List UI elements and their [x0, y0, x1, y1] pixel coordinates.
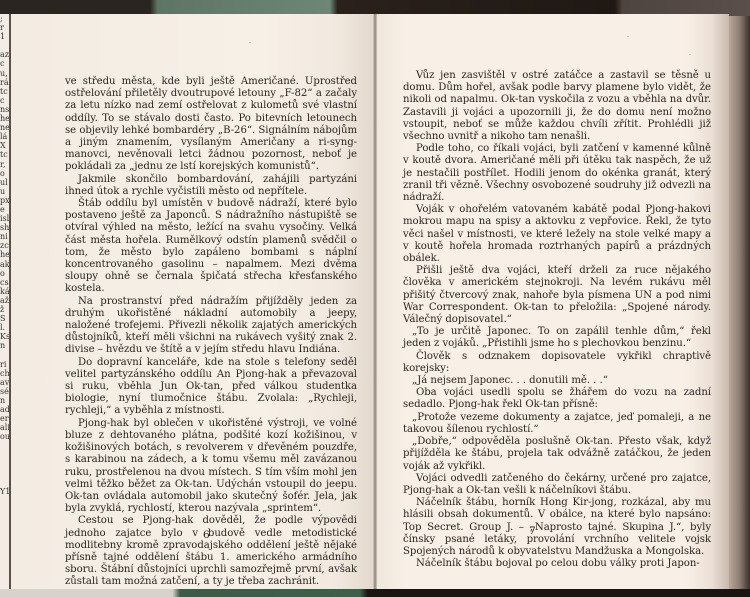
paragraph: Na prostranství před nádražím přijížděly…: [65, 296, 357, 357]
edge-text-fragment: [0, 469, 9, 478]
edge-text-fragment: ká: [0, 287, 9, 296]
edge-text-fragment: o: [0, 169, 9, 178]
previous-page-edge: ; r 1 azcu,rátc cnshene:láXtcr,oulupxeis…: [0, 14, 11, 589]
paragraph: „To je určitě Japonec. To on zapálil ten…: [403, 326, 711, 350]
edge-text-fragment: sh: [0, 223, 9, 232]
edge-text-fragment: ri: [0, 360, 9, 369]
page-number: 7: [529, 525, 536, 537]
paragraph: Oba vojáci usedli spolu se žhářem do voz…: [403, 387, 711, 411]
edge-text-fragment: he: [0, 114, 9, 123]
edge-text-fragment: ali: [0, 423, 9, 432]
edge-text-fragment: u: [0, 187, 9, 196]
edge-text-fragment: az: [0, 50, 9, 59]
edge-text-fragment: [0, 441, 9, 450]
book-cover-bottom-edge: [0, 589, 750, 597]
book-right-edge: [729, 16, 750, 589]
edge-text-fragment: [0, 478, 9, 487]
left-page-text: ve středu města, kde byli ještě Američan…: [65, 76, 357, 589]
paper-speck: [689, 54, 691, 55]
paragraph: Štáb oddílu byl umístěn v budově nádraží…: [65, 198, 357, 296]
edge-text-fragment: [0, 350, 9, 359]
edge-text-fragment: px: [0, 196, 9, 205]
paragraph: Člověk s odznakem dopisovatele vykřikl c…: [403, 351, 711, 375]
edge-text-fragment: tc: [0, 87, 9, 96]
edge-text-fragment: ns: [0, 105, 9, 114]
left-page: ve středu města, kde byli ještě Američan…: [11, 14, 373, 589]
edge-text-fragment: X: [0, 141, 9, 150]
edge-text-fragment: [0, 451, 9, 460]
paragraph: Podle toho, co říkali vojáci, byli zatče…: [403, 143, 711, 204]
edge-text-fragment: až: [0, 296, 9, 305]
edge-text-fragment: ch: [0, 369, 9, 378]
edge-text-fragment: u,: [0, 69, 9, 78]
paragraph: Voják v ohořelém vatovaném kabátě podal …: [403, 204, 711, 265]
paragraph: Cestou se Pjong-hak dověděl, že podle vý…: [65, 515, 357, 588]
edge-text-fragment: ;: [0, 14, 9, 23]
paragraph: ve středu města, kde byli ještě Američan…: [65, 76, 357, 174]
paragraph: Do dopravní kanceláře, kde na stole s te…: [65, 357, 357, 418]
edge-text-fragment: ou: [0, 432, 9, 441]
edge-text-fragment: ž: [0, 305, 9, 314]
edge-text-fragment: Y1: [0, 487, 9, 496]
edge-text-fragment: rá: [0, 78, 9, 87]
paragraph: Vojáci odvedli zatčeného do čekárny, urč…: [403, 473, 711, 497]
edge-text-fragment: [0, 41, 9, 50]
edge-text-fragment: er: [0, 414, 9, 423]
edge-text-fragment: o: [0, 269, 9, 278]
edge-text-fragment: n: [0, 396, 9, 405]
paragraph: „Dobře,“ odpověděla poslušně Ok-tan. Pře…: [403, 436, 711, 473]
edge-text-fragment: ak: [0, 260, 9, 269]
edge-text-fragment: l.: [0, 323, 9, 332]
edge-text-fragment: lá: [0, 132, 9, 141]
right-page-text: Vůz jen zasvištěl v ostré zatáčce a zast…: [403, 70, 711, 570]
paragraph: Náčelník štábu bojoval po celou dobu vál…: [403, 558, 711, 570]
paragraph: Jakmile skončilo bombardování, zahájili …: [65, 174, 357, 198]
paper-speck: [627, 36, 629, 37]
edge-text-fragment: zc: [0, 241, 9, 250]
edge-text-fragment: r,: [0, 160, 9, 169]
edge-text-fragment: ni: [0, 232, 9, 241]
edge-text-fragment: tc: [0, 150, 9, 159]
edge-text-fragment: r: [0, 23, 9, 32]
right-page: Vůz jen zasvištěl v ostré zatáčce a zast…: [377, 14, 729, 589]
edge-text-fragment: Ks: [0, 332, 9, 341]
edge-text-fragment: S: [0, 314, 9, 323]
paragraph: Přišli ještě dva vojáci, kteří drželi za…: [403, 265, 711, 326]
edge-text-fragment: n: [0, 341, 9, 350]
paragraph: Náčelník štábu, horník Hong Kir-jong, ro…: [403, 497, 711, 558]
paragraph: Pjong-hak byl oblečen v ukořistěné výstr…: [65, 418, 357, 516]
edge-text-fragment: ne:: [0, 123, 9, 132]
edge-text-fragment: [0, 460, 9, 469]
edge-text-fragment: ad: [0, 405, 9, 414]
edge-text-fragment: he: [0, 250, 9, 259]
paragraph: „Protože vezeme dokumenty a zajatce, jeď…: [403, 412, 711, 436]
edge-text-fragment: av: [0, 378, 9, 387]
edge-text-fragment: ul: [0, 178, 9, 187]
paragraph: Vůz jen zasvištěl v ostré zatáčce a zast…: [403, 70, 711, 143]
edge-text-fragment: c: [0, 59, 9, 68]
edge-text-fragment: 1: [0, 32, 9, 41]
edge-text-fragment: e: [0, 205, 9, 214]
edge-text-fragment: cs: [0, 278, 9, 287]
paper-speck: [311, 559, 313, 560]
paper-speck: [249, 42, 251, 43]
page-number: 6: [203, 529, 210, 541]
paragraph: „Já nejsem Japonec. . . donutili mě. . .…: [403, 375, 711, 387]
edge-text-fragment: c: [0, 96, 9, 105]
edge-text-fragment: isl: [0, 214, 9, 223]
edge-text-fragment: sé: [0, 387, 9, 396]
